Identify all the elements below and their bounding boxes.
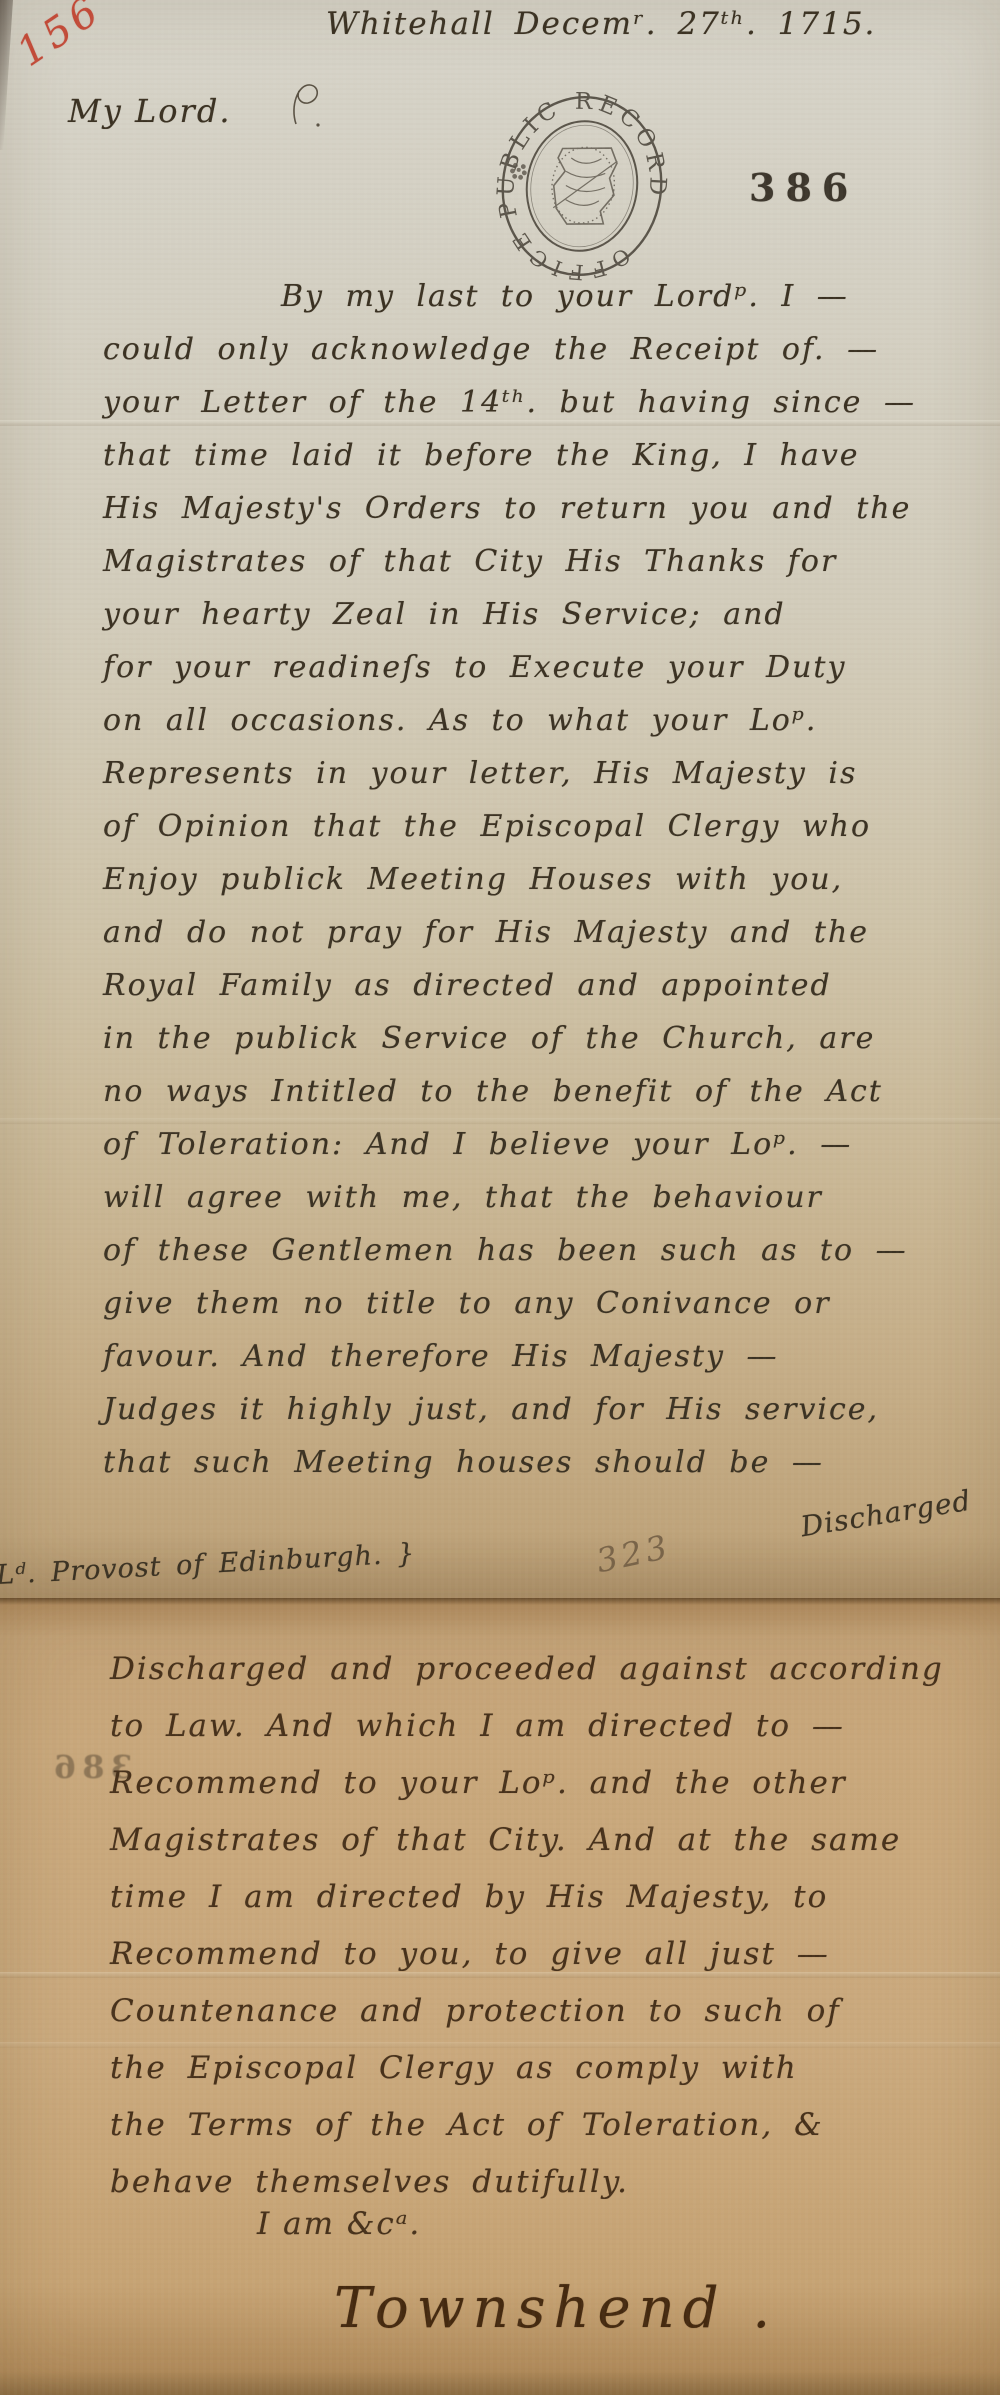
stamp-arc-text-top: PUBLIC RECORD (487, 78, 681, 246)
body-line: time I am directed by His Majesty, to (110, 1869, 978, 1926)
body-line: Enjoy publick Meeting Houses with you, (103, 853, 988, 906)
body-line: of Opinion that the Episcopal Clergy who (103, 800, 988, 853)
letter-body-page-2: Discharged and proceeded against accordi… (110, 1641, 978, 2211)
salutation: My Lord. (68, 92, 231, 130)
body-line: Recommend to your Loᵖ. and the other (110, 1755, 978, 1812)
body-line: to Law. And which I am directed to — (110, 1698, 978, 1755)
body-line: Recommend to you, to give all just — (110, 1926, 978, 1983)
body-line: that time laid it before the King, I hav… (103, 429, 988, 482)
ink-flourish-mark (292, 80, 322, 128)
page-number-stamp: 386 (749, 165, 858, 210)
body-line: Royal Family as directed and appointed (103, 959, 988, 1012)
body-line: no ways Intitled to the benefit of the A… (103, 1065, 988, 1118)
body-line: will agree with me, that the behaviour (103, 1171, 988, 1224)
body-line: Countenance and protection to such of (110, 1983, 978, 2040)
svg-text:PUBLIC RECORD: PUBLIC RECORD (487, 78, 681, 246)
body-line: in the publick Service of the Church, ar… (103, 1012, 988, 1065)
body-line: for your readineſs to Execute your Duty (103, 641, 988, 694)
body-line: His Majesty's Orders to return you and t… (103, 482, 988, 535)
body-line: Discharged and proceeded against accordi… (110, 1641, 978, 1698)
body-line: the Episcopal Clergy as comply with (110, 2040, 978, 2097)
closing-line: I am &cᵃ. (257, 2206, 421, 2242)
body-line: could only acknowledge the Receipt of. — (103, 323, 988, 376)
signature-townshend: Townshend . (334, 2276, 778, 2341)
body-line: on all occasions. As to what your Loᵖ. (103, 694, 988, 747)
body-line: and do not pray for His Majesty and the (103, 906, 988, 959)
body-line: Magistrates of that City. And at the sam… (110, 1812, 978, 1869)
body-line: your hearty Zeal in His Service; and (103, 588, 988, 641)
body-line: your Letter of the 14ᵗʰ. but having sinc… (103, 376, 988, 429)
body-line: of these Gentlemen has been such as to — (103, 1224, 988, 1277)
dateline: Whitehall Decemʳ. 27ᵗʰ. 1715. (326, 6, 876, 42)
stamp-coat-of-arms-icon (546, 140, 621, 231)
body-line: give them no title to any Conivance or (103, 1277, 988, 1330)
page-seam (0, 1598, 1000, 1605)
letter-body-page-1: By my last to your Lordᵖ. I — could only… (103, 270, 988, 1489)
body-line: favour. And therefore His Majesty — (103, 1330, 988, 1383)
body-line: Judges it highly just, and for His servi… (103, 1383, 988, 1436)
body-line: By my last to your Lordᵖ. I — (103, 270, 988, 323)
body-line: of Toleration: And I believe your Loᵖ. — (103, 1118, 988, 1171)
body-line: Magistrates of that City His Thanks for (103, 535, 988, 588)
body-line: Represents in your letter, His Majesty i… (103, 747, 988, 800)
public-record-office-stamp: PUBLIC RECORD OFFICE (483, 78, 681, 294)
manuscript-scan: 156 Whitehall Decemʳ. 27ᵗʰ. 1715. My Lor… (0, 0, 1000, 2395)
body-line: that such Meeting houses should be — (103, 1436, 988, 1489)
body-line: the Terms of the Act of Toleration, & (110, 2097, 978, 2154)
body-line: behave themselves dutifully. (110, 2154, 978, 2211)
